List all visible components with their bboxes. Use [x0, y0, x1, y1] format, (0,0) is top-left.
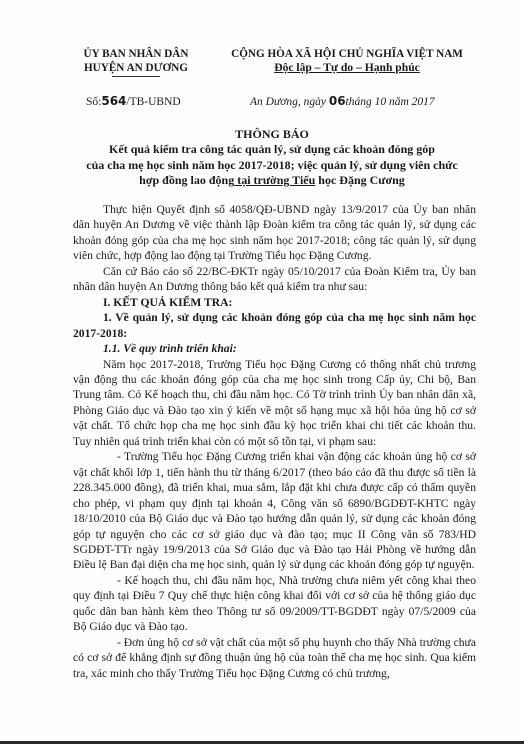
- date-day-handwritten: 06: [329, 94, 346, 108]
- doc-no-prefix: Số:: [86, 96, 101, 108]
- date-prefix: An Dương, ngày: [250, 96, 329, 108]
- title-line-3b: tại trường Tiểu: [234, 173, 315, 187]
- date-suffix: tháng 10 năm 2017: [346, 96, 435, 108]
- issuing-agency: ỦY BAN NHÂN DÂN HUYỆN AN DƯƠNG: [72, 47, 200, 77]
- paragraph-violation-1: - Trường Tiểu học Đặng Cương triển khai …: [73, 449, 476, 573]
- national-motto: Độc lập – Tự do – Hạnh phúc: [222, 61, 472, 75]
- agency-line-2: HUYỆN AN DƯƠNG: [72, 61, 200, 75]
- paragraph-process: Năm học 2017-2018, Trường Tiểu học Đặng …: [73, 357, 476, 450]
- paragraph-report-reference: Căn cứ Báo cáo số 22/BC-ĐKTr ngày 05/10/…: [73, 264, 476, 295]
- section-heading-results: I. KẾT QUẢ KIỂM TRA:: [73, 295, 476, 310]
- subsection-heading-process: 1.1. Về quy trình triển khai:: [73, 341, 476, 356]
- doc-no-suffix: /TB-UBND: [126, 96, 180, 108]
- document-page: ỦY BAN NHÂN DÂN HUYỆN AN DƯƠNG CỘNG HÒA …: [0, 0, 524, 741]
- title-line-3: hợp đồng lao động tại trường Tiểu học Đặ…: [62, 173, 482, 188]
- title-line-3c: học Đặng Cương: [315, 173, 405, 187]
- document-body: Thực hiện Quyết định số 4058/QĐ-UBND ngà…: [73, 202, 476, 681]
- agency-line-1: ỦY BAN NHÂN DÂN: [72, 47, 200, 61]
- title-line-2: của cha mẹ học sinh năm học 2017-2018; v…: [62, 158, 482, 173]
- section-heading-contributions: 1. Về quản lý, sử dụng các khoản đóng gó…: [73, 310, 476, 341]
- document-title: THÔNG BÁO Kết quả kiểm tra công tác quản…: [62, 127, 482, 189]
- title-heading: THÔNG BÁO: [62, 127, 482, 142]
- document-number: Số:564/TB-UBND: [86, 94, 181, 108]
- doc-no-handwritten: 564: [101, 94, 126, 108]
- paragraph-violation-3: - Đơn ủng hộ cơ sở vật chất của một số p…: [73, 635, 476, 681]
- title-line-1: Kết quả kiểm tra công tác quản lý, sử dụ…: [62, 142, 482, 157]
- paragraph-basis: Thực hiện Quyết định số 4058/QĐ-UBND ngà…: [73, 202, 476, 264]
- agency-underline: [112, 76, 160, 77]
- nation-name: CỘNG HÒA XÃ HỘI CHỦ NGHĨA VIỆT NAM: [222, 47, 472, 61]
- national-header: CỘNG HÒA XÃ HỘI CHỦ NGHĨA VIỆT NAM Độc l…: [222, 47, 472, 75]
- paragraph-violation-2: - Kế hoạch thu, chi đầu năm học, Nhà trư…: [73, 573, 476, 635]
- title-line-3a: hợp đồng lao động: [139, 173, 234, 187]
- document-date: An Dương, ngày 06tháng 10 năm 2017: [250, 94, 435, 108]
